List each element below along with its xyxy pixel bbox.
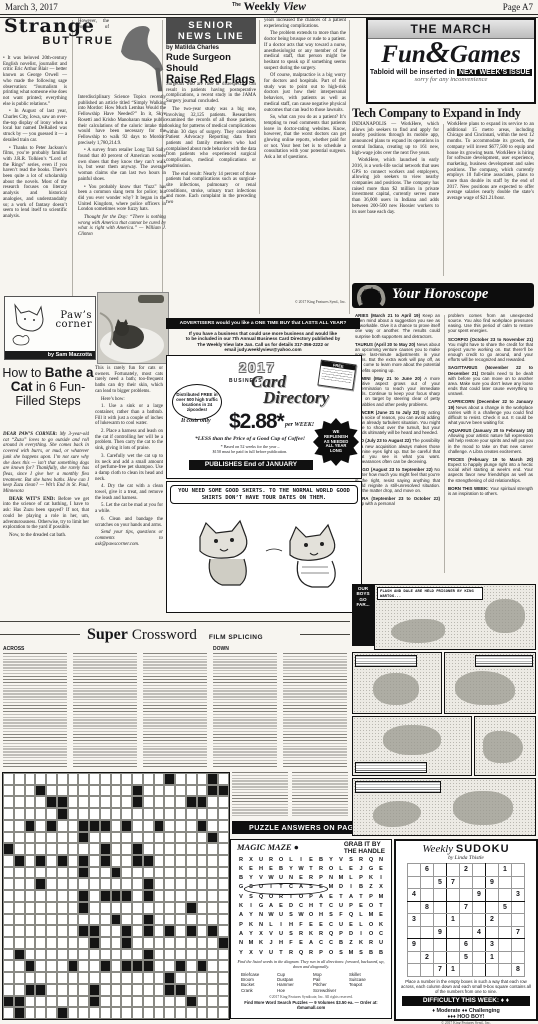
crossword-cell [57,949,68,961]
page-number: Page A7 [503,2,533,12]
sudoku-cell: 1 [447,964,460,977]
crossword-cell [14,960,25,972]
crossword-subtitle: FILM SPLICING [209,634,263,641]
crossword-cell [132,820,143,832]
crossword-cell [207,949,218,961]
maze-letter: O [326,865,336,874]
crossword-cell [35,949,46,961]
maze-letter: E [306,856,316,865]
crossword-cell [35,960,46,972]
crossword-cell [164,890,175,902]
maze-letter: O [366,921,376,930]
crossword-cell [121,785,132,797]
maze-letter: V [256,874,266,883]
crossword-cell [197,937,208,949]
crossword-cell [14,1007,25,1019]
masthead-weekly: Weekly [244,1,280,13]
card-lines [321,368,352,384]
replenish-text: WE REPLENISH AS NEEDED ALL YEAR LONG [321,430,351,454]
maze-letter: K [366,874,376,883]
crossword-cell [121,960,132,972]
crossword-cell [57,773,68,785]
crossword-cell [35,984,46,996]
maze-letter: E [376,911,386,920]
fun-games-apology: sorry for any inconvenience [368,76,534,83]
crossword-cell [3,902,14,914]
maze-letter: E [276,902,286,911]
crossword-cell [3,796,14,808]
crossword-cell [207,972,218,984]
crossword-cell [111,843,122,855]
newspaper-page: March 3, 2017 The Weekly View Page A7 St… [0,0,538,1024]
crossword-cell [175,972,186,984]
paws-letter-col1: DEAR PAW’S CORNER: My 3-year-old cat “Zu… [3,432,89,541]
maze-letter: O [306,911,316,920]
crossword-cell [68,878,79,890]
maze-letter: E [246,865,256,874]
crossword-cell [3,878,14,890]
good-shirts-ad: YOU NEED SOME GOOD SHIRTS. TO THE NORMAL… [166,481,362,613]
maze-letter: X [246,949,256,958]
crossword-cell [164,773,175,785]
crossword-cell [143,960,154,972]
crossword-cell [35,1007,46,1019]
crossword-cell [164,949,175,961]
crossword-cell [3,785,14,797]
maze-letter: O [366,930,376,939]
tech-article-col2: WorkHere plans to expand its service to … [447,122,534,204]
crossword-cell [154,808,165,820]
crossword-cell [14,937,25,949]
paragraph: 2. Place a harness and leash on the cat … [95,429,163,452]
maze-letter: V [336,856,346,865]
crossword-cell [121,972,132,984]
masthead-the: The [232,2,241,8]
crossword-cell [154,902,165,914]
crossword-cell [218,996,229,1008]
crossword-cell [207,914,218,926]
crossword-cell [186,937,197,949]
paragraph: • A survey from retailer Long Tall Sally… [78,148,166,182]
bullet-icon: ● [294,842,299,852]
crossword-cell [14,925,25,937]
maze-letter: P [366,893,376,902]
maze-letter: U [336,902,346,911]
crossword-cell [143,808,154,820]
maze-word: Crank [241,988,273,993]
crossword-cell [3,996,14,1008]
crossword-cell [164,843,175,855]
maze-letter: H [286,921,296,930]
crossword-cell [121,855,132,867]
crossword-cell [154,855,165,867]
paragraph: • In August of last year, Charles City, … [3,109,67,143]
crossword-cell [197,867,208,879]
crossword-cell [197,855,208,867]
horoscope-entry: TAURUS (April 20 to May 20) News about a… [355,342,440,373]
maze-letter: O [366,902,376,911]
crossword-cell [207,820,218,832]
comic-art [373,673,419,705]
maze-letter: F [296,921,306,930]
crossword-cell [186,972,197,984]
crossword-cell [121,773,132,785]
maze-letter: S [336,949,346,958]
maze-letter: D [286,902,296,911]
sudoku-cell [486,901,499,914]
crossword-cell [218,820,229,832]
paragraph: This is rarely fun for cats or owners. F… [95,366,163,395]
crossword-cell [175,960,186,972]
crossword-cell [3,773,14,785]
sudoku-cell [421,939,434,952]
sudoku-cell [512,914,525,927]
crossword-cell [186,785,197,797]
crossword-cell [143,972,154,984]
maze-letter: E [306,921,316,930]
crossword-cell [3,937,14,949]
maze-letter: X [256,930,266,939]
crossword-cell [143,914,154,926]
crossword-cell [3,972,14,984]
replenish-starburst: WE REPLENISH AS NEEDED ALL YEAR LONG [313,418,359,466]
crossword-cell [111,785,122,797]
horoscope-entry: GEMINI (May 21 to June 20) A more positi… [355,376,440,407]
crossword-cell [111,820,122,832]
sudoku-title-weekly: Weekly [422,843,453,855]
comic-caption-strip [355,781,441,793]
crossword-cell [25,984,36,996]
sudoku-cell [434,889,447,902]
maze-letter: A [346,893,356,902]
next-week-chip: NEXT WEEK’S ISSUE [457,69,532,76]
clue-text-column [3,653,67,769]
maze-letter: R [306,874,316,883]
crossword-cell [207,832,218,844]
crossword-cell [25,867,36,879]
crossword-cell [46,1007,57,1019]
crossword-cell [143,949,154,961]
crossword-cell [14,878,25,890]
sudoku-cell [473,876,486,889]
sudoku-box: Weekly SUDOKU by Linda Thistle 621579493… [394,839,538,1021]
maze-letter: F [336,911,346,920]
crossword-cell [3,832,14,844]
maze-letter: K [246,921,256,930]
crossword-cell [111,914,122,926]
crossword-cell [57,890,68,902]
crossword-cell [186,843,197,855]
maze-letter: A [306,939,316,948]
crossword-cell [132,785,143,797]
sudoku-cell: 6 [421,864,434,877]
crossword-cell [154,960,165,972]
cat-bath-photo [97,292,169,364]
maze-letter: E [376,865,386,874]
crossword-cell [68,785,79,797]
crossword-cell [25,925,36,937]
crossword-cell [25,902,36,914]
sudoku-cell: 2 [421,951,434,964]
comic-side-label: OUR BOYS GO FAR... [352,584,374,646]
paragraph: Now, to the dreaded cat bath. [3,533,89,539]
crossword-cell [121,984,132,996]
crossword-cell [197,984,208,996]
crossword-cell [14,773,25,785]
paragraph: • Thanks to Peter Jackson’s films, you’r… [3,146,67,220]
sudoku-cell: 6 [460,939,473,952]
horoscope-entry: BORN THIS WEEK: Your spiritual strength … [448,486,533,496]
crossword-cell [3,808,14,820]
crossword-cell [89,937,100,949]
sudoku-cell [447,926,460,939]
magic-maze-title: MAGIC MAZE ● [237,842,299,856]
maze-letter: A [236,911,246,920]
crossword-cell [143,1007,154,1019]
magic-maze-grid: RXUROLIEBYVSRQNKEHEBYWTROLEJGEBYVWUNERPN… [231,856,391,958]
horoscope-entry: CANCER (June 21 to July 22) By acting as… [355,410,440,436]
senior-copyright: © 2017 King Features Synd., Inc. [264,300,346,304]
crossword-cell [68,949,79,961]
crossword-cell [100,773,111,785]
clue-text-column [143,653,207,769]
comic-art [373,801,421,827]
maze-letter: H [306,902,316,911]
crossword-cell [218,937,229,949]
crossword-cell [154,925,165,937]
maze-letter: E [346,865,356,874]
crossword-cell [186,996,197,1008]
crossword-cell [121,843,132,855]
maze-letter: D [346,930,356,939]
crossword-cell [154,972,165,984]
maze-letter: E [346,921,356,930]
comic-panel: FLASH AND DALE ARE HELD PRISONER BY KING… [374,584,536,650]
paragraph: 4. Dry the cat with a clean towel, give … [95,484,163,501]
crossword-cell [78,914,89,926]
sudoku-cell [408,926,421,939]
sudoku-cell [486,889,499,902]
comic-panel [352,652,442,714]
crossword-cell [89,808,100,820]
crossword-cell [143,996,154,1008]
paragraph: The problem extends to more than the doc… [264,31,346,71]
maze-letter: Y [326,856,336,865]
maze-letter: U [266,949,276,958]
crossword-cell [175,925,186,937]
crossword-cell [121,902,132,914]
crossword-cell [175,867,186,879]
horoscope-entry: PISCES (February 19 to March 20) Expect … [448,457,533,483]
crossword-cell [197,902,208,914]
crossword-cell [100,984,111,996]
crossword-cell [164,785,175,797]
crossword-cell [89,890,100,902]
clue-text-column [292,772,348,816]
crossword-cell [111,1007,122,1019]
sudoku-cell [421,926,434,939]
maze-letter: K [376,921,386,930]
crossword-cell [25,878,36,890]
crossword-cell [100,878,111,890]
card-ad-per-week: per WEEK! [285,422,314,428]
sudoku-cell: 8 [421,901,434,914]
crossword-cell [3,1007,14,1019]
comic-art [485,599,525,633]
magic-maze-instructions: Find the listed words in the diagram. Th… [237,960,385,970]
crossword-cell [197,949,208,961]
crossword-cell [100,867,111,879]
crossword-cell [207,925,218,937]
crossword-cell [111,773,122,785]
comic-caption-strip [355,655,417,667]
sudoku-cell [460,876,473,889]
crossword-cell [68,890,79,902]
maze-letter: T [356,893,366,902]
comic-panel [352,716,472,776]
paws-headline-pre: How to [2,366,44,380]
maze-letter: T [306,865,316,874]
crossword-cell [14,808,25,820]
crossword-cell [35,785,46,797]
horoscope-entry: LEO (July 23 to August 22) The possibili… [355,438,440,464]
crossword-cell [154,996,165,1008]
maze-letter: S [356,949,366,958]
sudoku-byline: by Linda Thistle [396,855,536,861]
sudoku-cell [434,939,447,952]
maze-letter: M [336,874,346,883]
crossword-cell [35,996,46,1008]
senior-continuation: years increased the chances of a patient… [264,18,346,163]
advertisers-banner: ADVERTISERS would you like a ONE TIME BU… [166,318,360,329]
paragraph: 3. Carefully wet the cat up to its neck … [95,454,163,483]
maze-letter: W [266,911,276,920]
sudoku-cell [408,951,421,964]
sudoku-cell: 8 [512,964,525,977]
maze-row: YXVUTRQRPOSMSBB [231,949,391,958]
crossword-cell [154,867,165,879]
crossword-cell [46,960,57,972]
maze-letter: T [276,949,286,958]
crossword-cell [25,832,36,844]
crossword-cell [186,832,197,844]
maze-row: BYVWUNERPNMLPKI [231,874,391,883]
sudoku-cell: 9 [473,889,486,902]
horoscope-entry: CAPRICORN (December 22 to January 19) Ne… [448,399,533,425]
crossword-cell [25,820,36,832]
crossword-cell [207,808,218,820]
sudoku-cell: 3 [512,889,525,902]
sudoku-cell [512,864,525,877]
crossword-cell [46,832,57,844]
crossword-cell [14,949,25,961]
crossword-cell [78,972,89,984]
crossword-cell [78,1007,89,1019]
crossword-cell [143,902,154,914]
maze-letter: P [336,930,346,939]
maze-letter: Q [366,856,376,865]
column-rule [259,20,260,314]
crossword-cell [186,960,197,972]
crossword-cell [164,902,175,914]
crossword-cell [100,937,111,949]
crossword-cell [89,796,100,808]
crossword-cell [111,890,122,902]
crossword-cell [46,878,57,890]
maze-letter: Y [246,874,256,883]
maze-word: Teapot [349,982,381,987]
comic-caption: FLASH AND DALE ARE HELD PRISONER BY KING… [377,587,483,600]
comic-art [383,725,441,755]
crossword-cell [164,972,175,984]
maze-letter: C [296,902,306,911]
comic-art [483,731,523,763]
crossword-cell [121,820,132,832]
crossword-cell [100,832,111,844]
horoscope-banner: Your Horoscope [352,283,534,308]
maze-letter: W [296,911,306,920]
crossword-cell [132,902,143,914]
crossword-cell [197,1007,208,1019]
crossword-cell [132,960,143,972]
crossword-cell [154,914,165,926]
crossword-cell [143,785,154,797]
crossword-cell [197,960,208,972]
sudoku-cell: 5 [499,901,512,914]
crossword-cell [57,785,68,797]
sudoku-cell: 1 [486,951,499,964]
maze-letter: L [356,911,366,920]
sudoku-cell [408,964,421,977]
crossword-cell [186,949,197,961]
crossword-cell [68,1007,79,1019]
maze-letter: P [316,874,326,883]
paws-name-line2: corner [55,320,92,329]
crossword-cell [154,832,165,844]
maze-letter: Z [346,939,356,948]
crossword-cell [175,937,186,949]
tech-article-col1: INDIANAPOLIS — WorkHere, which allows jo… [352,122,439,217]
crossword-cell [186,773,197,785]
crossword-cell [35,808,46,820]
maze-letter: C [326,902,336,911]
crossword-cell [57,820,68,832]
crossword-cell [3,914,14,926]
column-rule [443,124,444,276]
crossword-cell [14,832,25,844]
crossword-cell [186,902,197,914]
senior-headline-line1: Rude Surgeon Should [166,53,256,74]
maze-row: KIGAEDCHTCUPEOT [231,902,391,911]
crossword-cell [218,843,229,855]
crossword-cell [100,925,111,937]
maze-letter: E [316,921,326,930]
crossword-cell [89,960,100,972]
crossword-cell [132,949,143,961]
maze-letter: R [286,949,296,958]
crossword-cell [186,890,197,902]
sudoku-cell [473,939,486,952]
crossword-cell [89,785,100,797]
crossword-cell [57,996,68,1008]
crossword-cell [143,984,154,996]
crossword-cell [35,890,46,902]
crossword-cell [218,1007,229,1019]
crossword-cell [154,1007,165,1019]
senior-title-line2: NEWS LINE [166,31,256,42]
crossword-cell [14,867,25,879]
crossword-cell [46,843,57,855]
